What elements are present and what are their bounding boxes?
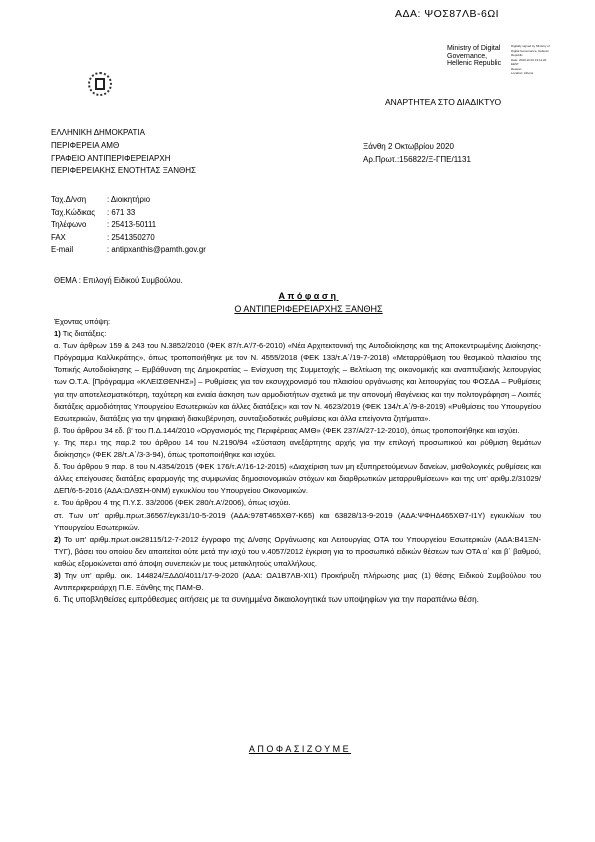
section-number: 1)	[54, 329, 61, 338]
item-e: ε. Του άρθρου 4 της Π.Υ.Σ. 33/2006 (ΦΕΚ …	[54, 497, 541, 509]
section-number: 2)	[54, 535, 61, 544]
protocol-number: Αρ.Πρωτ.:156822/Ξ-ΓΠΕ/1131	[363, 154, 471, 167]
contact-row: FAX: 2541350270	[51, 232, 206, 245]
signature-detail: Location: Athens	[511, 71, 561, 76]
contact-label: Ταχ.Δ/νση	[51, 194, 107, 207]
contact-value: : Διοικητήριο	[107, 194, 150, 207]
document-date: Ξάνθη 2 Οκτωβρίου 2020	[363, 141, 471, 154]
authority-line: ΠΕΡΙΦΕΡΕΙΑΚΗΣ ΕΝΟΤΗΤΑΣ ΞΑΝΘΗΣ	[51, 165, 196, 178]
item-b: β. Του άρθρου 34 εδ. β' του Π.Δ.144/2010…	[54, 425, 541, 437]
item-d: δ. Του άρθρου 9 παρ. 8 του Ν.4354/2015 (…	[54, 461, 541, 497]
item-c: γ. Της περ.ι της παρ.2 του άρθρου 14 του…	[54, 437, 541, 461]
authority-line: ΕΛΛΗΝΙΚΗ ΔΗΜΟΚΡΑΤΙΑ	[51, 127, 196, 140]
section-text: Το υπ' αριθμ.πρωτ.οικ28115/12-7-2012 έγγ…	[54, 535, 541, 568]
decision-heading: ΑΠΟΦΑΣΙΖΟΥΜΕ	[0, 744, 595, 754]
document-body: Έχοντας υπόψη: 1) Τις διατάξεις: α. Των …	[54, 316, 541, 606]
section-6: 6. Τις υποβληθείσες εμπρόθεσμες αιτήσεις…	[54, 594, 541, 606]
date-protocol-block: Ξάνθη 2 Οκτωβρίου 2020 Αρ.Πρωτ.:156822/Ξ…	[363, 141, 471, 167]
contact-label: E-mail	[51, 244, 107, 257]
contact-email[interactable]: : antipxanthis@pamth.gov.gr	[107, 244, 206, 257]
contact-value: : 671 33	[107, 207, 135, 220]
section-number: 3)	[54, 571, 61, 580]
contact-value: : 25413-50111	[107, 219, 156, 232]
section-text: Την υπ' αριθμ. οικ. 144824/ΞΔΔ0/4011/17-…	[54, 571, 541, 592]
contact-row: Ταχ.Κώδικας: 671 33	[51, 207, 206, 220]
contact-label: FAX	[51, 232, 107, 245]
contact-block: Ταχ.Δ/νση: Διοικητήριο Ταχ.Κώδικας: 671 …	[51, 194, 206, 257]
digital-signature-label: Ministry of Digital Governance, Hellenic…	[447, 45, 501, 68]
subject-line: ΘΕΜΑ : Επιλογή Ειδικού Συμβούλου.	[54, 276, 183, 285]
item-a: α. Των άρθρων 159 & 243 του Ν.3852/2010 …	[54, 340, 541, 425]
greek-coat-of-arms-icon	[88, 72, 112, 96]
authority-block: ΕΛΛΗΝΙΚΗ ΔΗΜΟΚΡΑΤΙΑ ΠΕΡΙΦΕΡΕΙΑ ΑΜΘ ΓΡΑΦΕ…	[51, 127, 196, 178]
signature-line: Hellenic Republic	[447, 60, 501, 68]
contact-row: Ταχ.Δ/νση: Διοικητήριο	[51, 194, 206, 207]
digital-signature-details: Digitally signed by Ministry of Digital …	[511, 44, 561, 76]
contact-label: Ταχ.Κώδικας	[51, 207, 107, 220]
authority-line: ΠΕΡΙΦΕΡΕΙΑ ΑΜΘ	[51, 140, 196, 153]
signature-line: Ministry of Digital	[447, 45, 501, 53]
considering-label: Έχοντας υπόψη:	[54, 316, 541, 328]
section-label: Τις διατάξεις:	[61, 329, 107, 338]
publish-note: ΑΝΑΡΤΗΤΕΑ ΣΤΟ ΔΙΑΔΙΚΤΥΟ	[385, 97, 501, 107]
section-1-heading: 1) Τις διατάξεις:	[54, 328, 541, 340]
document-subtitle: Ο ΑΝΤΙΠΕΡΙΦΕΡΕΙΑΡΧΗΣ ΞΑΝΘΗΣ	[0, 304, 595, 314]
authority-line: ΓΡΑΦΕΙΟ ΑΝΤΙΠΕΡΙΦΕΡΕΙΑΡΧΗ	[51, 153, 196, 166]
ada-code: ΑΔΑ: ΨΟΣ87ΛΒ-6ΩΙ	[395, 8, 499, 20]
section-2: 2) Το υπ' αριθμ.πρωτ.οικ28115/12-7-2012 …	[54, 534, 541, 570]
item-st: στ. Των υπ' αριθμ.πρωτ.36567/εγκ31/10-5-…	[54, 510, 541, 534]
contact-value: : 2541350270	[107, 232, 155, 245]
document-title: Απόφαση	[0, 291, 595, 301]
signature-line: Governance,	[447, 53, 501, 61]
contact-label: Τηλέφωνο	[51, 219, 107, 232]
contact-row: Τηλέφωνο: 25413-50111	[51, 219, 206, 232]
contact-row: E-mail: antipxanthis@pamth.gov.gr	[51, 244, 206, 257]
section-3: 3) Την υπ' αριθμ. οικ. 144824/ΞΔΔ0/4011/…	[54, 570, 541, 594]
